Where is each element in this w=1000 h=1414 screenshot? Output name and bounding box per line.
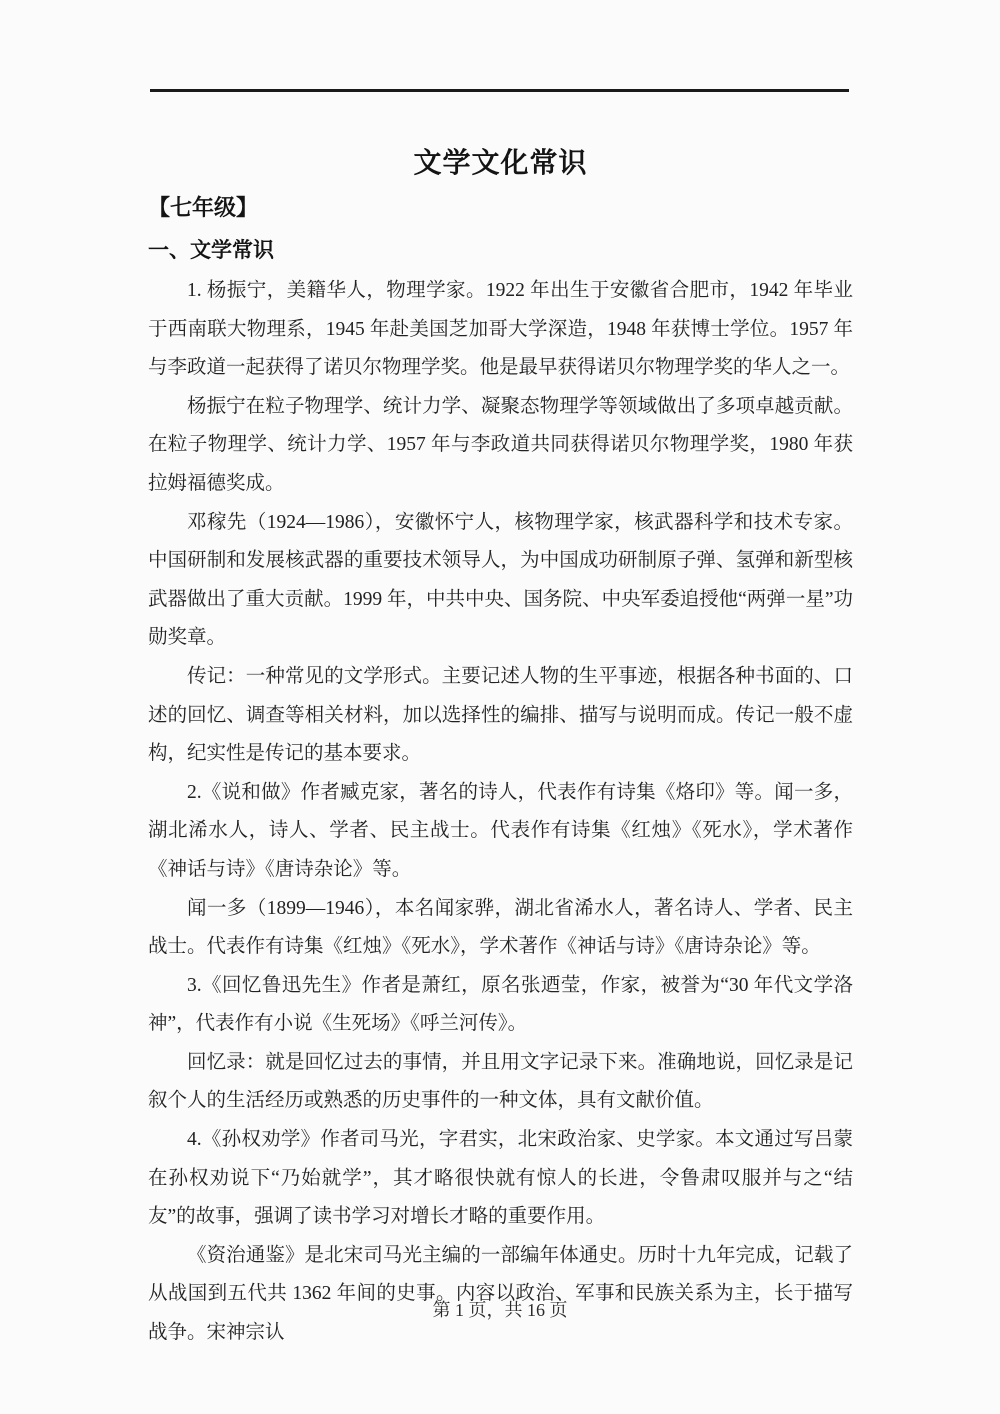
body-paragraph: 4.《孙权劝学》作者司马光，字君实，北宋政治家、史学家。本文通过写吕蒙在孙权劝说… [148,1121,853,1237]
section-heading: 一、文学常识 [148,228,853,272]
body-paragraph: 闻一多（1899—1946），本名闻家骅，湖北省浠水人，著名诗人、学者、民主战士… [148,890,853,967]
body-paragraph: 《资治通鉴》是北宋司马光主编的一部编年体通史。历时十九年完成，记载了从战国到五代… [148,1237,853,1353]
body-paragraph: 邓稼先（1924—1986），安徽怀宁人，核物理学家，核武器科学和技术专家。中国… [148,504,853,658]
grade-heading: 【七年级】 [148,188,853,228]
header-rule [150,89,849,92]
body-paragraph: 回忆录：就是回忆过去的事情，并且用文字记录下来。准确地说，回忆录是记叙个人的生活… [148,1044,853,1121]
body-paragraph: 2.《说和做》作者臧克家，著名的诗人，代表作有诗集《烙印》等。闻一多，湖北浠水人… [148,774,853,890]
page-number-footer: 第 1 页，共 16 页 [0,1296,1000,1322]
body-paragraph: 1. 杨振宁，美籍华人，物理学家。1922 年出生于安徽省合肥市，1942 年毕… [148,272,853,388]
body-text: 1. 杨振宁，美籍华人，物理学家。1922 年出生于安徽省合肥市，1942 年毕… [148,272,853,1353]
body-paragraph: 传记：一种常见的文学形式。主要记述人物的生平事迹，根据各种书面的、口述的回忆、调… [148,658,853,774]
document-page: 文学文化常识 【七年级】 一、文学常识 1. 杨振宁，美籍华人，物理学家。192… [0,0,1000,1414]
page-title: 文学文化常识 [148,140,853,188]
body-paragraph: 杨振宁在粒子物理学、统计力学、凝聚态物理学等领域做出了多项卓越贡献。在粒子物理学… [148,388,853,504]
page-content: 文学文化常识 【七年级】 一、文学常识 1. 杨振宁，美籍华人，物理学家。192… [148,140,853,1353]
body-paragraph: 3.《回忆鲁迅先生》作者是萧红，原名张迺莹，作家，被誉为“30 年代文学洛神”，… [148,967,853,1044]
